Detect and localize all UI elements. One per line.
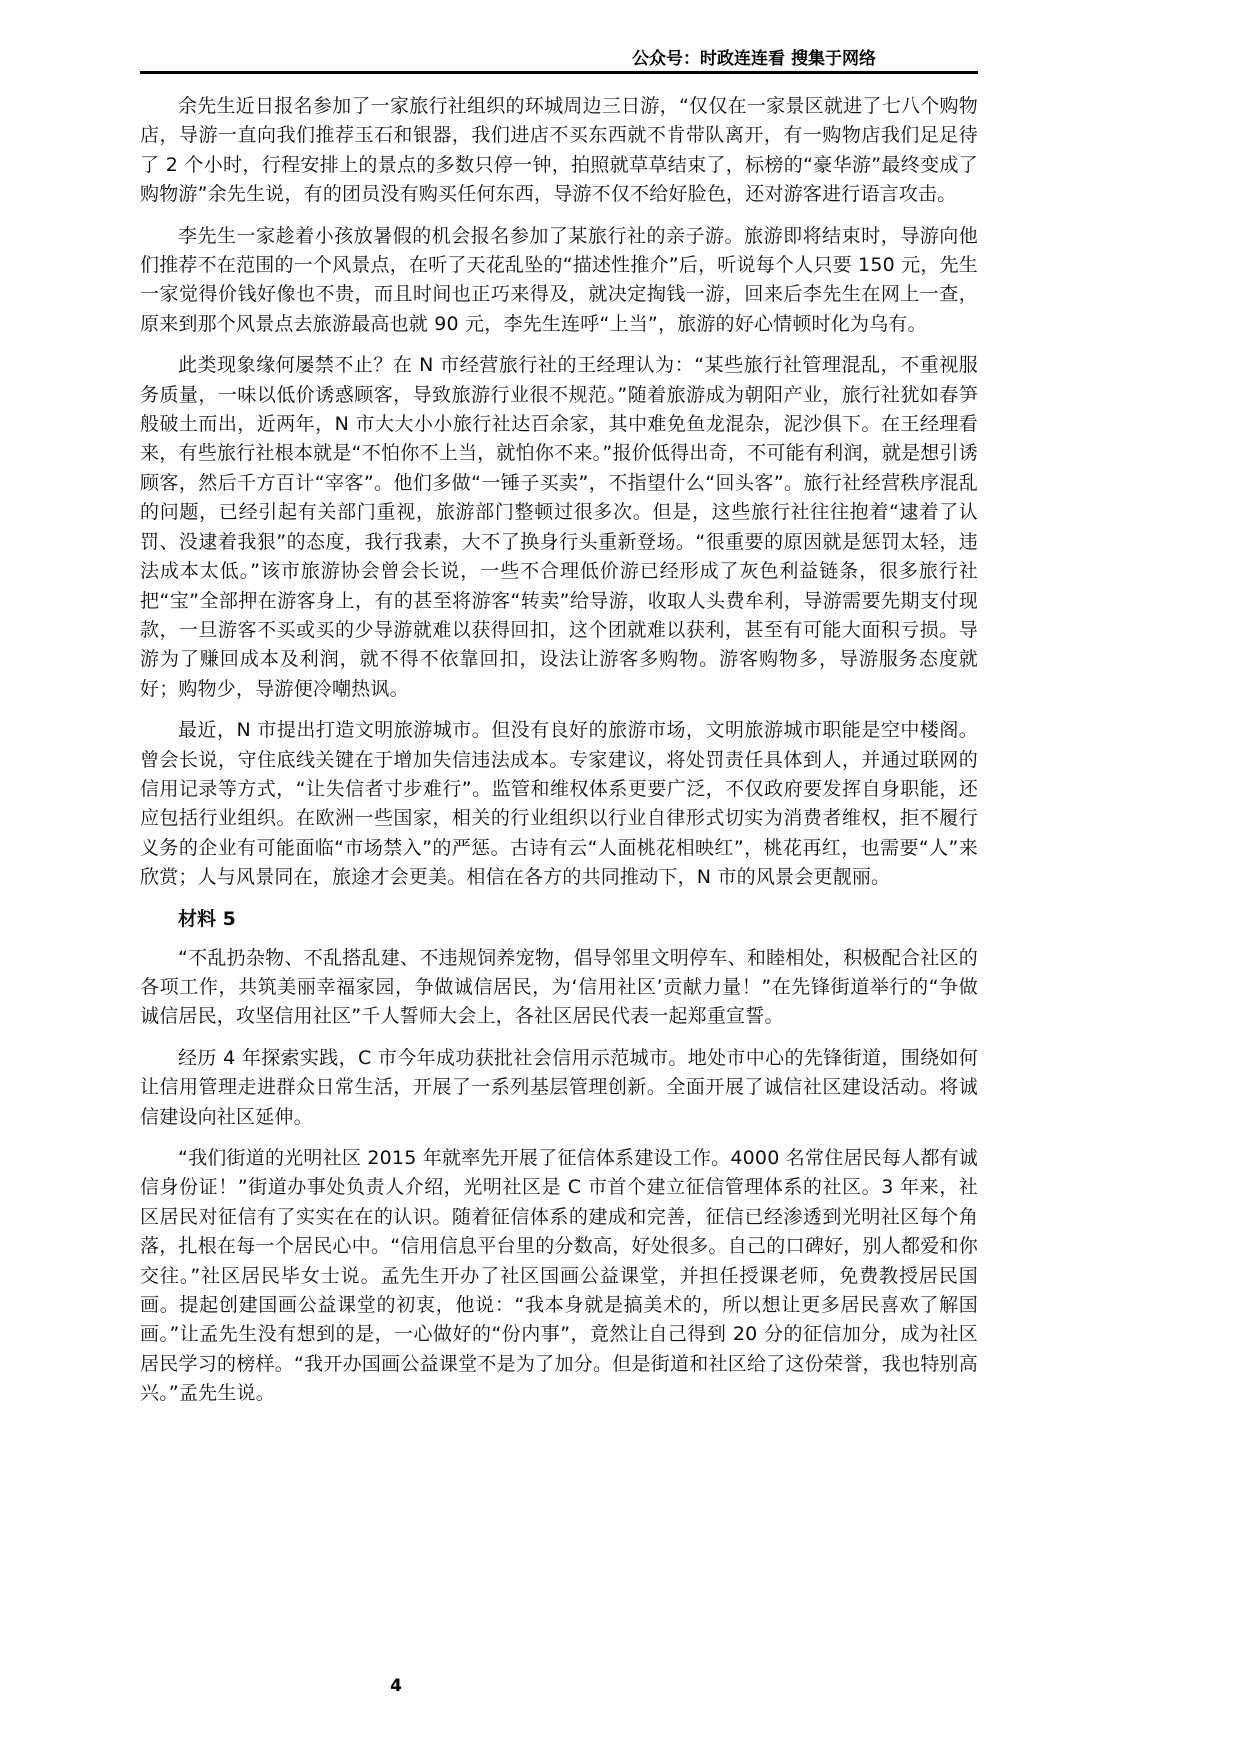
paragraph-guangming-community: “我们街道的光明社区 2015 年就率先开展了征信体系建设工作。4000 名常住… bbox=[140, 1144, 978, 1409]
paragraph-manager-wang: 此类现象缘何屡禁不止？在 N 市经营旅行社的王经理认为：“某些旅行社管理混乱，不… bbox=[140, 351, 978, 704]
document-body: 余先生近日报名参加了一家旅行社组织的环城周边三日游，“仅仅在一家景区就进了七八个… bbox=[140, 92, 978, 1421]
paragraph-pledge-rally: “不乱扔杂物、不乱搭乱建、不违规饲养宠物，倡导邻里文明停车、和睦相处，积极配合社… bbox=[140, 944, 978, 1032]
page-header: 公众号：时政连连看 搜集于网络 bbox=[140, 30, 978, 74]
header-source-text: 公众号：时政连连看 搜集于网络 bbox=[140, 44, 1118, 69]
page-number: 4 bbox=[386, 1676, 406, 1696]
paragraph-li-family-tour: 李先生一家趁着小孩放暑假的机会报名参加了某旅行社的亲子游。旅游即将结束时，导游向… bbox=[140, 222, 978, 340]
paragraph-credit-demo-city: 经历 4 年探索实践，C 市今年成功获批社会信用示范城市。地处市中心的先锋街道，… bbox=[140, 1044, 978, 1132]
paragraph-yu-tour: 余先生近日报名参加了一家旅行社组织的环城周边三日游，“仅仅在一家景区就进了七八个… bbox=[140, 92, 978, 210]
paragraph-civilized-tourism-city: 最近，N 市提出打造文明旅游城市。但没有良好的旅游市场，文明旅游城市职能是空中楼… bbox=[140, 716, 978, 892]
section-title-material-5: 材料 5 bbox=[140, 905, 978, 934]
